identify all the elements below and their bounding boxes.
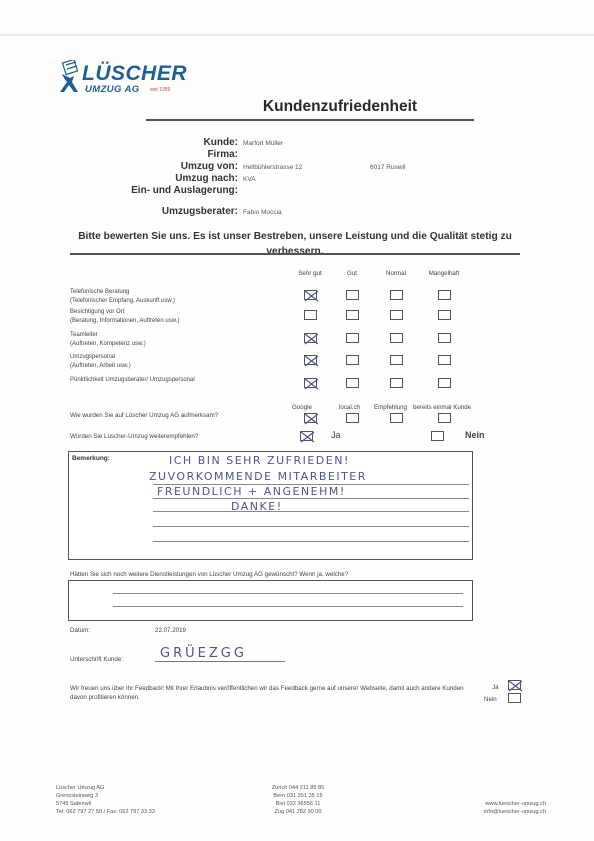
rating-criterion: Besichtigung vor Ort(Beratung, Informati… xyxy=(70,308,179,325)
publish-no-label: Nein xyxy=(484,696,497,703)
detail-label: Umzug nach: xyxy=(60,173,238,184)
footer-line: Bern 031 351 35 15 xyxy=(248,792,348,800)
source-checkbox[interactable] xyxy=(346,413,359,423)
rating-checkbox[interactable] xyxy=(390,333,403,343)
rating-criterion: Pünktlichkeit Umzugsberater/ Umzugsperso… xyxy=(70,376,195,385)
source-checkbox[interactable] xyxy=(390,413,403,423)
detail-label: Ein- und Auslagerung: xyxy=(60,185,238,196)
rating-checkbox[interactable] xyxy=(346,290,359,300)
detail-value: KVA xyxy=(243,176,256,183)
rating-checkbox[interactable] xyxy=(304,310,317,320)
source-option-label: Empfehlung xyxy=(374,404,407,411)
recommend-no-label: Nein xyxy=(465,430,485,440)
company-logo: LÜSCHER UMZUG AG seit 1959 xyxy=(58,60,188,100)
rating-checkbox[interactable] xyxy=(346,310,359,320)
recommend-no-checkbox[interactable] xyxy=(431,431,444,441)
rating-criterion: Telefonische Beratung(Telefonischer Empf… xyxy=(70,288,175,305)
footer-line: Grenzsteinweg 3 xyxy=(56,792,155,800)
services-question: Hätten Sie sich noch weitere Dienstleist… xyxy=(70,571,348,578)
write-line xyxy=(153,511,469,512)
page-edge xyxy=(0,34,594,36)
rating-checkbox[interactable] xyxy=(304,333,317,343)
rating-checkbox[interactable] xyxy=(438,378,451,388)
signature-label: Unterschrift Kunde: xyxy=(70,656,123,663)
services-panel[interactable] xyxy=(68,580,473,621)
publish-yes-label: Ja xyxy=(492,684,499,691)
rating-checkbox[interactable] xyxy=(346,333,359,343)
intro-rule xyxy=(70,253,520,255)
publish-no-checkbox[interactable] xyxy=(508,693,521,703)
footer-line: 5745 Safenwil xyxy=(56,800,155,808)
signature-line[interactable] xyxy=(155,661,285,662)
write-line xyxy=(153,541,469,542)
footer-line[interactable]: www.luescher-umzug.ch xyxy=(440,800,546,808)
date-value: 22.07.2019 xyxy=(155,627,186,634)
title-rule xyxy=(146,119,474,121)
detail-label: Firma: xyxy=(60,149,238,160)
detail-extra: 6017 Ruswil xyxy=(370,164,405,171)
rating-column-header: Mangelhaft xyxy=(414,270,474,277)
remarks-panel[interactable]: Bemerkung: ICH BIN SEHR ZUFRIEDEN!ZUVORK… xyxy=(68,451,473,560)
rating-checkbox[interactable] xyxy=(304,290,317,300)
footer-web: www.luescher-umzug.chinfo@luescher-umzug… xyxy=(440,800,546,816)
handwritten-remark: ICH BIN SEHR ZUFRIEDEN! xyxy=(169,454,350,467)
publish-text: Wir freuen uns über Ihr Feedback! Mit Ih… xyxy=(70,684,470,702)
rating-checkbox[interactable] xyxy=(390,355,403,365)
rating-checkbox[interactable] xyxy=(438,310,451,320)
write-line xyxy=(153,498,469,499)
source-checkbox[interactable] xyxy=(438,413,451,423)
handwritten-remark: FREUNDLICH + ANGENEHM! xyxy=(157,485,346,498)
recommend-yes-checkbox[interactable] xyxy=(300,431,313,441)
source-checkbox[interactable] xyxy=(304,413,317,423)
footer-branches: Zürich 044 211 85 85Bern 031 351 35 15Bi… xyxy=(248,784,348,816)
page-title: Kundenzufriedenheit xyxy=(200,98,480,116)
remarks-label: Bemerkung: xyxy=(72,455,110,462)
publish-yes-checkbox[interactable] xyxy=(508,680,521,690)
source-option-label: local.ch xyxy=(339,404,360,411)
handwritten-remark: ZUVORKOMMENDE MITARBEITER xyxy=(149,470,367,483)
footer-line: Zug 041 282 30 00 xyxy=(248,808,348,816)
footer-line: Lüscher Umzug AG xyxy=(56,784,155,792)
recommend-yes-label: Ja xyxy=(331,430,341,440)
rating-checkbox[interactable] xyxy=(390,378,403,388)
detail-label: Kunde: xyxy=(60,137,238,148)
footer-line[interactable]: info@luescher-umzug.ch xyxy=(440,808,546,816)
recommend-question: Würden Sie Lüscher-Umzug weiterempfehlen… xyxy=(70,433,198,440)
write-line xyxy=(113,593,463,594)
rating-criterion: Umzugspersonal(Auftreten, Arbeit usw.) xyxy=(70,353,131,370)
footer-address: Lüscher Umzug AGGrenzsteinweg 35745 Safe… xyxy=(56,784,155,816)
signature-value: GRÜEZGG xyxy=(160,646,247,661)
date-label: Datum: xyxy=(70,627,90,634)
write-line xyxy=(153,526,469,527)
rating-checkbox[interactable] xyxy=(390,290,403,300)
logo-subtitle: UMZUG AG xyxy=(85,84,140,95)
detail-value: Fabio Moccia xyxy=(243,209,282,216)
rating-checkbox[interactable] xyxy=(346,355,359,365)
write-line xyxy=(113,606,463,607)
source-option-label: Google xyxy=(292,404,312,411)
detail-value: Hellbühlerstrasse 12 xyxy=(243,164,302,171)
handwritten-remark: DANKE! xyxy=(231,500,283,513)
rating-checkbox[interactable] xyxy=(346,378,359,388)
rating-checkbox[interactable] xyxy=(390,310,403,320)
rating-checkbox[interactable] xyxy=(304,378,317,388)
rating-checkbox[interactable] xyxy=(304,355,317,365)
footer-line: Zürich 044 211 85 85 xyxy=(248,784,348,792)
rating-checkbox[interactable] xyxy=(438,333,451,343)
logo-name: LÜSCHER xyxy=(82,62,187,86)
footer-line: Tel: 062 797 27 50 / Fax: 062 797 33 33 xyxy=(56,808,155,816)
source-option-label: bereits einmal Kunde xyxy=(413,404,471,411)
footer-line: Biel 032 36556 11 xyxy=(248,800,348,808)
rating-criterion: Teamleiter(Auftreten, Kompetenz usw.) xyxy=(70,331,146,348)
detail-label: Umzug von: xyxy=(60,161,238,172)
mover-icon xyxy=(58,60,82,94)
detail-value: Marfort Müller xyxy=(243,140,283,147)
logo-since: seit 1959 xyxy=(150,87,170,93)
intro-text: Bitte bewerten Sie uns. Es ist unser Bes… xyxy=(70,229,520,259)
detail-label: Umzugsberater: xyxy=(60,206,238,217)
source-question: Wie wurden Sie auf Lüscher Umzug AG aufm… xyxy=(70,412,218,419)
rating-checkbox[interactable] xyxy=(438,355,451,365)
rating-checkbox[interactable] xyxy=(438,290,451,300)
